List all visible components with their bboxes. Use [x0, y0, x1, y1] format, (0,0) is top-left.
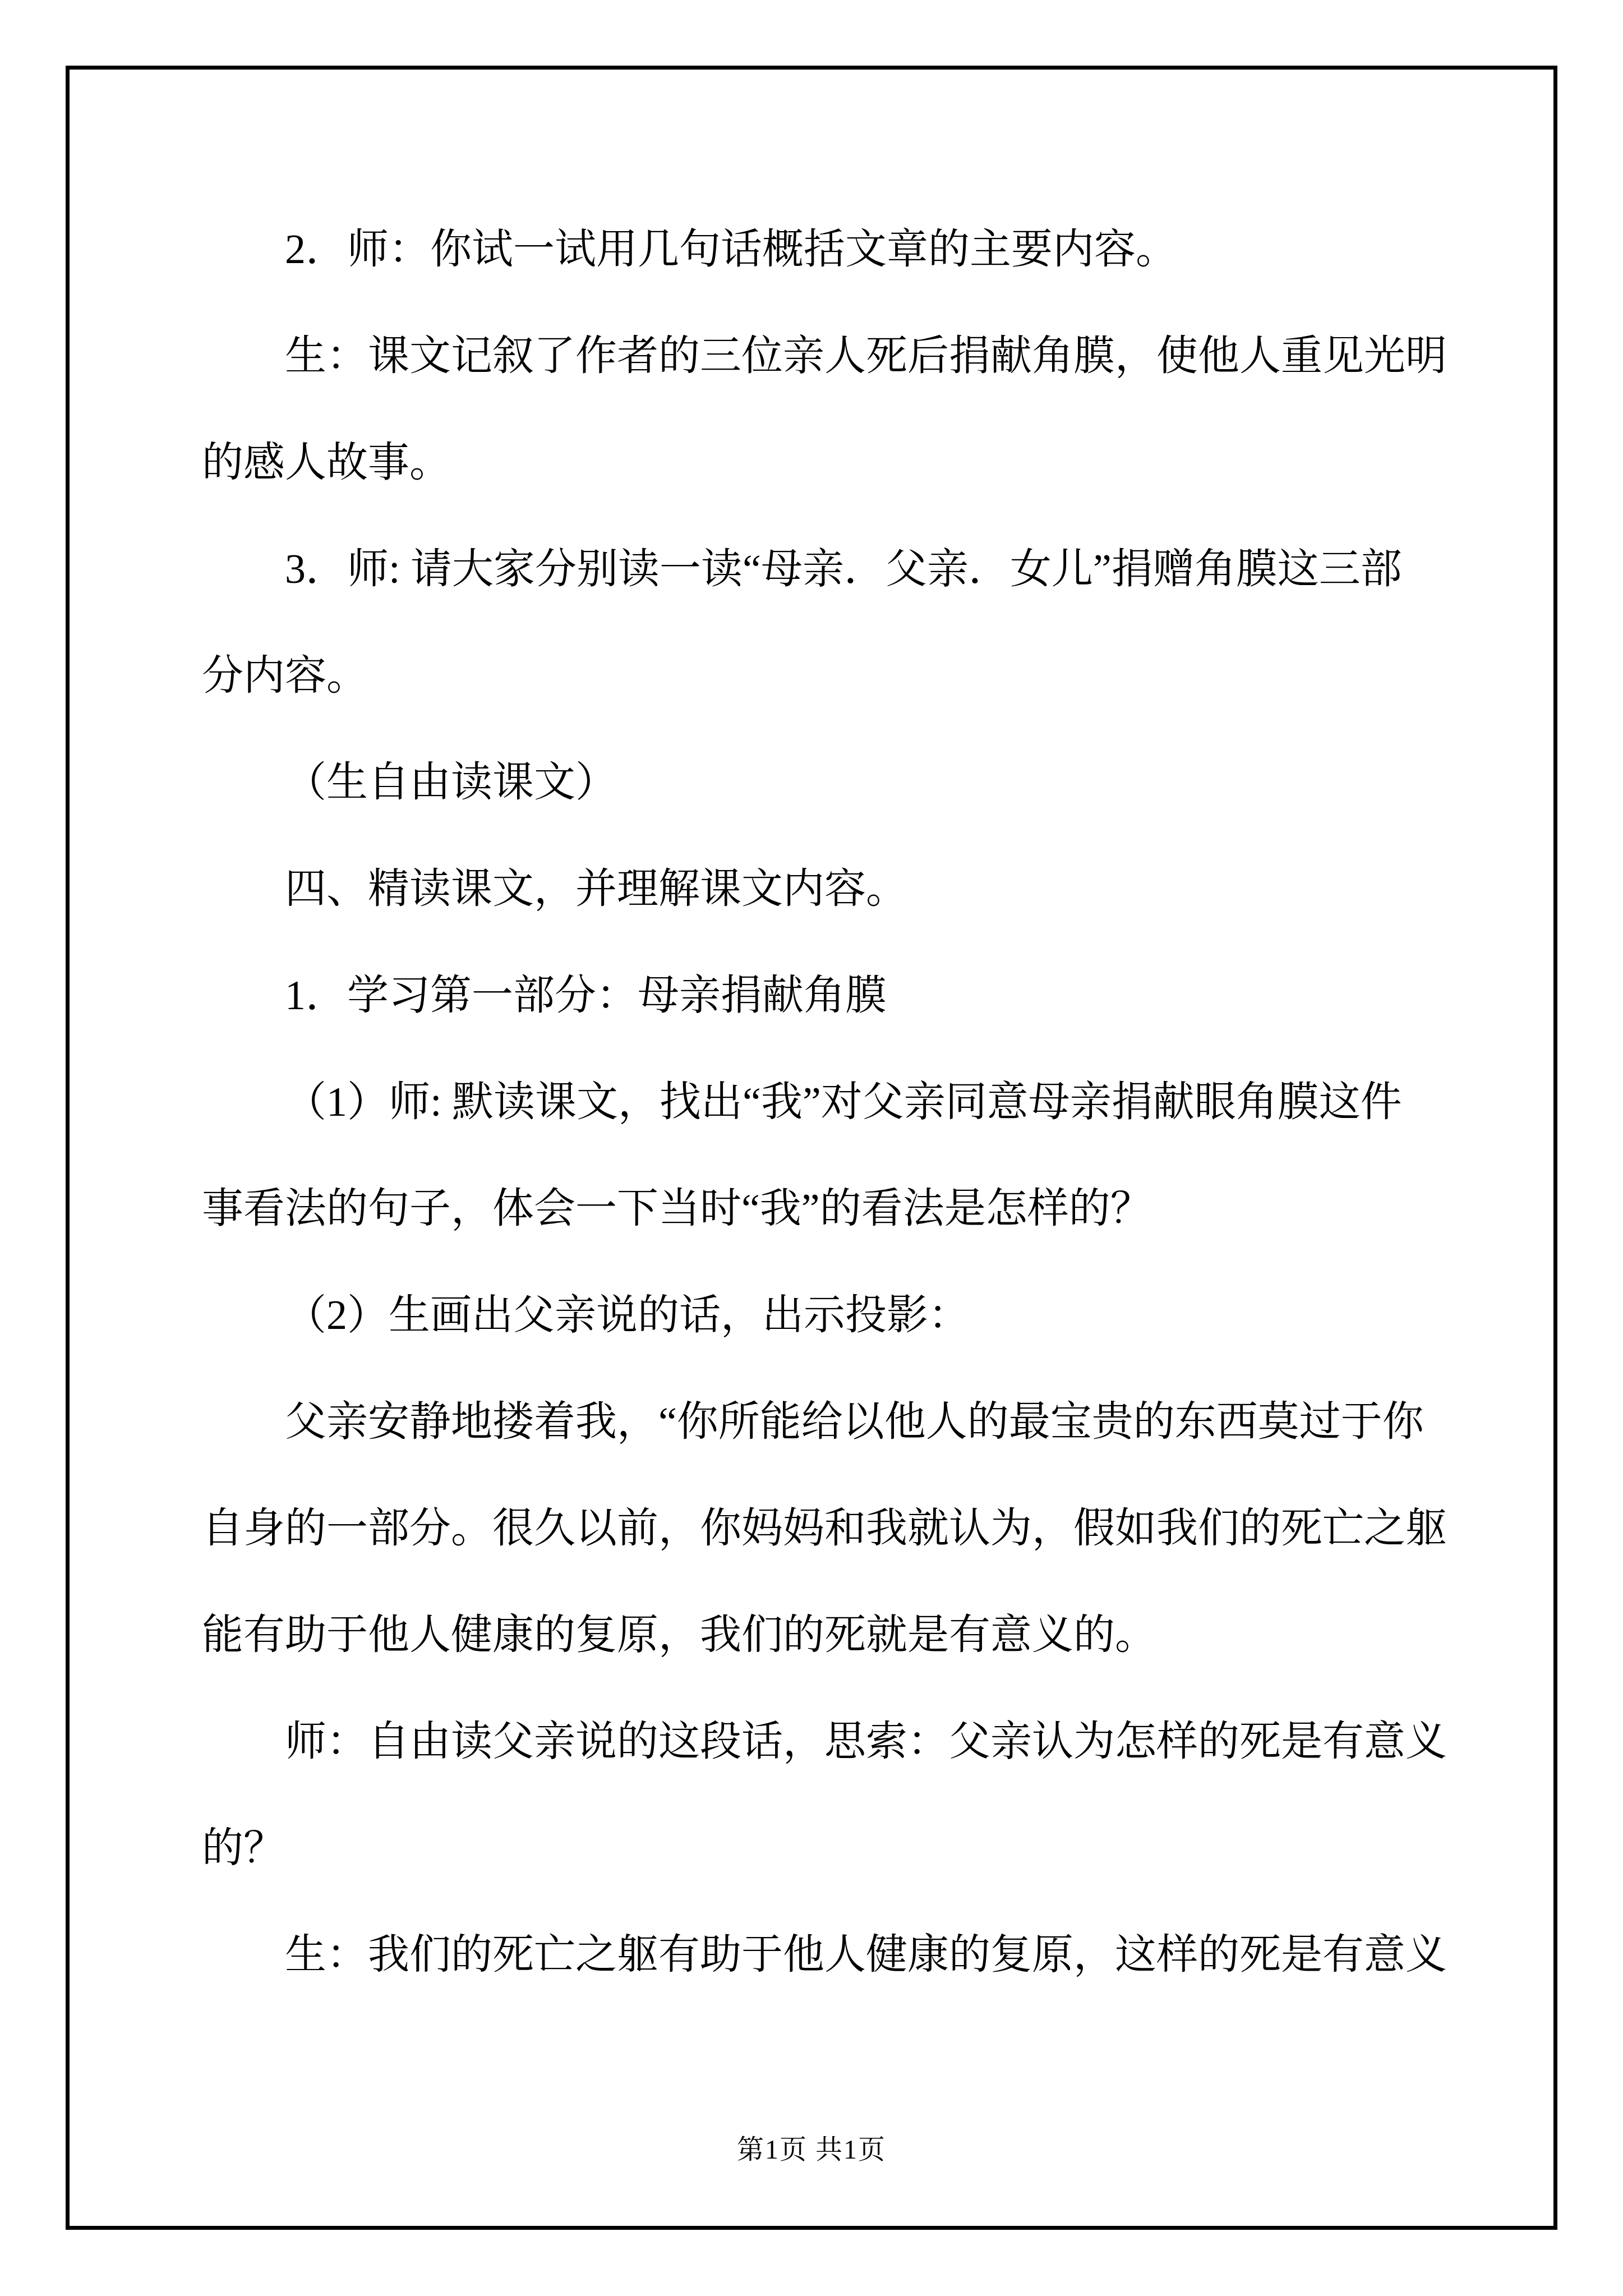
text-line: 的？ — [202, 1795, 1447, 1902]
text-line: 1．学习第一部分：母亲捐献角膜 — [202, 942, 1447, 1049]
text-line: 3．师: 请大家分别读一读“母亲．父亲．女儿”捐赠角膜这三部 — [202, 516, 1447, 623]
text-line: （1）师: 默读课文，找出“我”对父亲同意母亲捐献眼角膜这件 — [202, 1049, 1447, 1156]
text-line: 事看法的句子，体会一下当时“我”的看法是怎样的？ — [202, 1156, 1447, 1262]
text-line: 师：自由读父亲说的这段话，思索：父亲认为怎样的死是有意义 — [202, 1688, 1447, 1795]
page-footer: 第1页 共1页 — [0, 2134, 1623, 2166]
text-line: （2）生画出父亲说的话，出示投影： — [202, 1262, 1447, 1369]
document-page: 2．师：你试一试用几句话概括文章的主要内容。生：课文记叙了作者的三位亲人死后捐献… — [0, 0, 1623, 2296]
text-line: 父亲安静地搂着我，“你所能给以他人的最宝贵的东西莫过于你 — [202, 1369, 1447, 1475]
text-line: 生：我们的死亡之躯有助于他人健康的复原，这样的死是有意义 — [202, 1902, 1447, 2008]
text-line: 生：课文记叙了作者的三位亲人死后捐献角膜，使他人重见光明 — [202, 303, 1447, 409]
document-body: 2．师：你试一试用几句话概括文章的主要内容。生：课文记叙了作者的三位亲人死后捐献… — [202, 196, 1447, 2008]
text-line: 的感人故事。 — [202, 409, 1447, 516]
text-line: （生自由读课文） — [202, 729, 1447, 836]
page-number-label: 第1页 共1页 — [737, 2135, 886, 2165]
text-line: 自身的一部分。很久以前，你妈妈和我就认为，假如我们的死亡之躯 — [202, 1475, 1447, 1582]
text-line: 分内容。 — [202, 623, 1447, 729]
text-line: 2．师：你试一试用几句话概括文章的主要内容。 — [202, 196, 1447, 303]
text-line: 能有助于他人健康的复原，我们的死就是有意义的。 — [202, 1582, 1447, 1688]
text-line: 四、精读课文，并理解课文内容。 — [202, 836, 1447, 942]
